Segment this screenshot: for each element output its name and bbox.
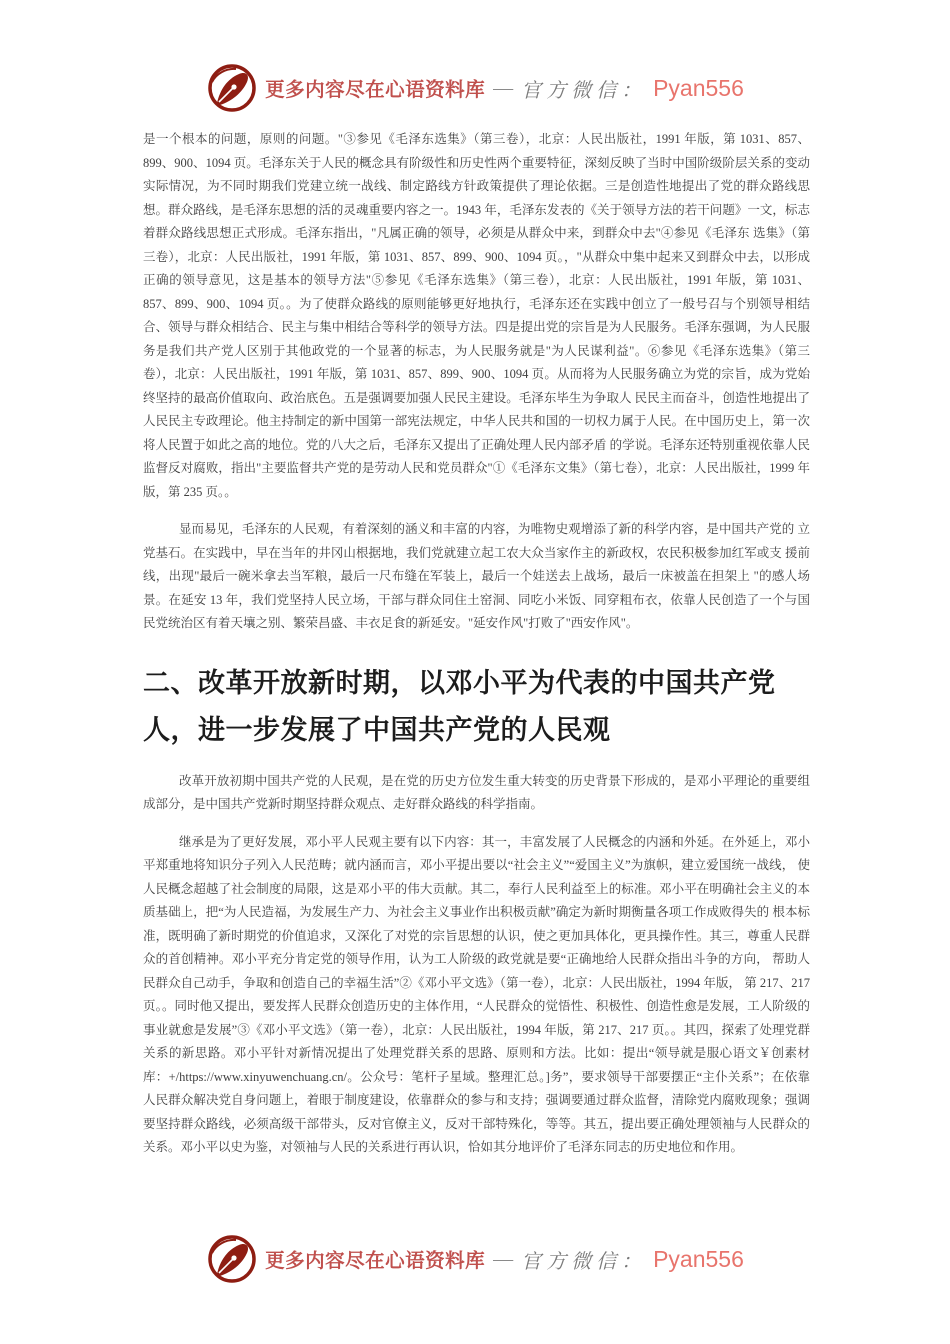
paragraph-mao-people-view-summary: 显而易见，毛泽东的人民观，有着深刻的涵义和丰富的内容，为唯物史观增添了新的科学内… (143, 518, 810, 636)
banner-brand-text: 更多内容尽在心语资料库 (265, 1245, 485, 1273)
paragraph-mao-people-view-continued: 是一个根本的问题，原则的问题。"③参见《毛泽东选集》（第三卷），北京：人民出版社… (143, 128, 810, 504)
paragraph-deng-people-view-content: 继承是为了更好发展，邓小平人民观主要有以下内容：其一，丰富发展了人民概念的内涵和… (143, 831, 810, 1160)
banner-channel-label: 官方微信： (521, 1245, 646, 1274)
pen-nib-logo-icon (206, 62, 258, 114)
document-body: 是一个根本的问题，原则的问题。"③参见《毛泽东选集》（第三卷），北京：人民出版社… (143, 128, 810, 1174)
banner-dash-separator: — (493, 77, 513, 100)
header-promo-banner: 更多内容尽在心语资料库 — 官方微信： Pyan556 (0, 62, 950, 114)
banner-channel-label: 官方微信： (521, 74, 646, 103)
banner-wechat-id: Pyan556 (653, 75, 744, 102)
footer-promo-banner: 更多内容尽在心语资料库 — 官方微信： Pyan556 (0, 1233, 950, 1285)
section-heading-deng-era: 二、改革开放新时期，以邓小平为代表的中国共产党人，进一步发展了中国共产党的人民观 (143, 660, 810, 754)
pen-nib-logo-icon (206, 1233, 258, 1285)
document-page: 更多内容尽在心语资料库 — 官方微信： Pyan556 是一个根本的问题，原则的… (0, 0, 950, 1344)
paragraph-deng-era-intro: 改革开放初期中国共产党的人民观，是在党的历史方位发生重大转变的历史背景下形成的，… (143, 770, 810, 817)
banner-wechat-id: Pyan556 (653, 1246, 744, 1273)
banner-dash-separator: — (493, 1248, 513, 1271)
banner-brand-text: 更多内容尽在心语资料库 (265, 74, 485, 102)
